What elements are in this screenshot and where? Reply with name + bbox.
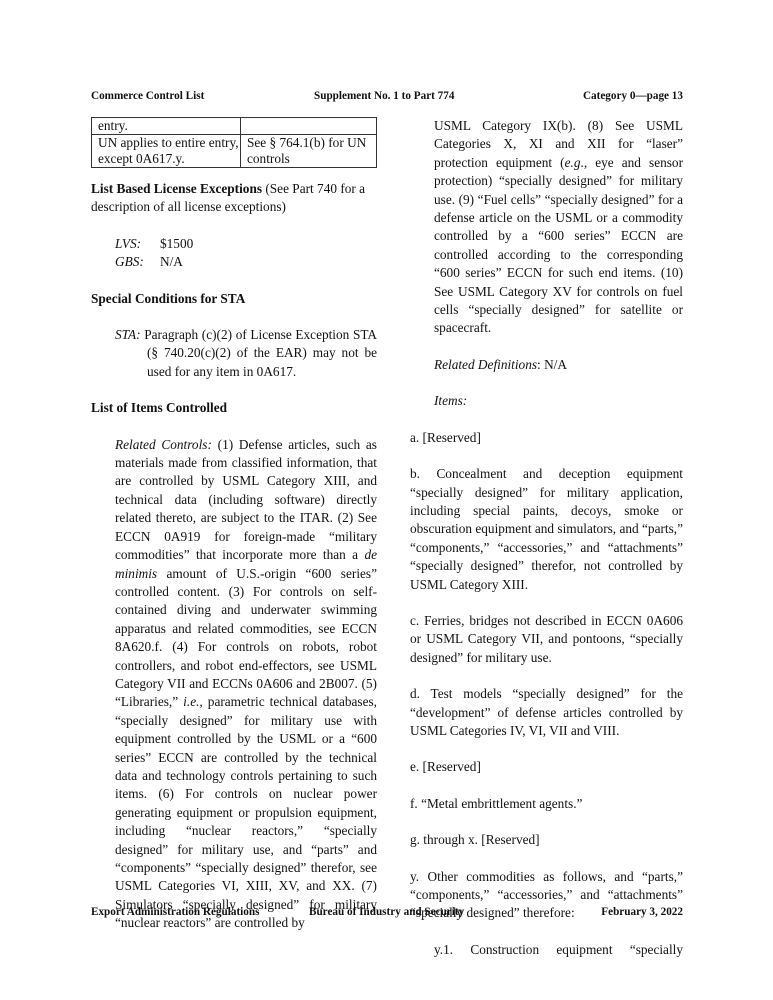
- header-right: Category 0—page 13: [583, 90, 683, 102]
- footer-left: Export Administration Regulations: [91, 906, 259, 918]
- items-controlled-heading: List of Items Controlled: [91, 399, 377, 417]
- list-item: g. through x. [Reserved]: [410, 831, 683, 849]
- header-center: Supplement No. 1 to Part 774: [314, 90, 454, 102]
- footer-center: Bureau of Industry and Security: [309, 906, 464, 918]
- table-cell: UN applies to entire entry, except 0A617…: [92, 135, 241, 168]
- related-controls-paragraph: Related Controls: (1) Defense articles, …: [91, 436, 377, 933]
- list-item: a. [Reserved]: [410, 429, 683, 447]
- sta-heading: Special Conditions for STA: [91, 290, 377, 308]
- related-controls-continued: USML Category IX(b). (8) See USML Catego…: [410, 117, 683, 338]
- table-row: UN applies to entire entry, except 0A617…: [92, 135, 377, 168]
- table-cell: entry.: [92, 118, 241, 135]
- left-column: entry. UN applies to entire entry, excep…: [91, 117, 377, 933]
- table-cell: See § 764.1(b) for UN controls: [241, 135, 377, 168]
- table-row: entry.: [92, 118, 377, 135]
- sub-list-item: y.1. Construction equipment “specially: [410, 941, 683, 959]
- list-item: GBS:N/A: [115, 253, 377, 271]
- footer-right: February 3, 2022: [601, 906, 683, 918]
- header-left: Commerce Control List: [91, 90, 204, 102]
- items-label: Items:: [410, 392, 683, 410]
- list-item: b. Concealment and deception equipment “…: [410, 465, 683, 594]
- related-definitions: Related Definitions: N/A: [410, 356, 683, 374]
- license-exceptions-heading: List Based License Exceptions (See Part …: [91, 180, 377, 217]
- list-item: e. [Reserved]: [410, 758, 683, 776]
- list-item: LVS:$1500: [115, 235, 377, 253]
- right-column: USML Category IX(b). (8) See USML Catego…: [410, 117, 683, 959]
- list-item: f. “Metal embrittlement agents.”: [410, 795, 683, 813]
- control-table: entry. UN applies to entire entry, excep…: [91, 117, 377, 168]
- license-exceptions-list: LVS:$1500 GBS:N/A: [91, 235, 377, 272]
- table-cell: [241, 118, 377, 135]
- list-item: d. Test models “specially designed” for …: [410, 685, 683, 740]
- sta-paragraph: STA: Paragraph (c)(2) of License Excepti…: [91, 326, 377, 381]
- list-item: c. Ferries, bridges not described in ECC…: [410, 612, 683, 667]
